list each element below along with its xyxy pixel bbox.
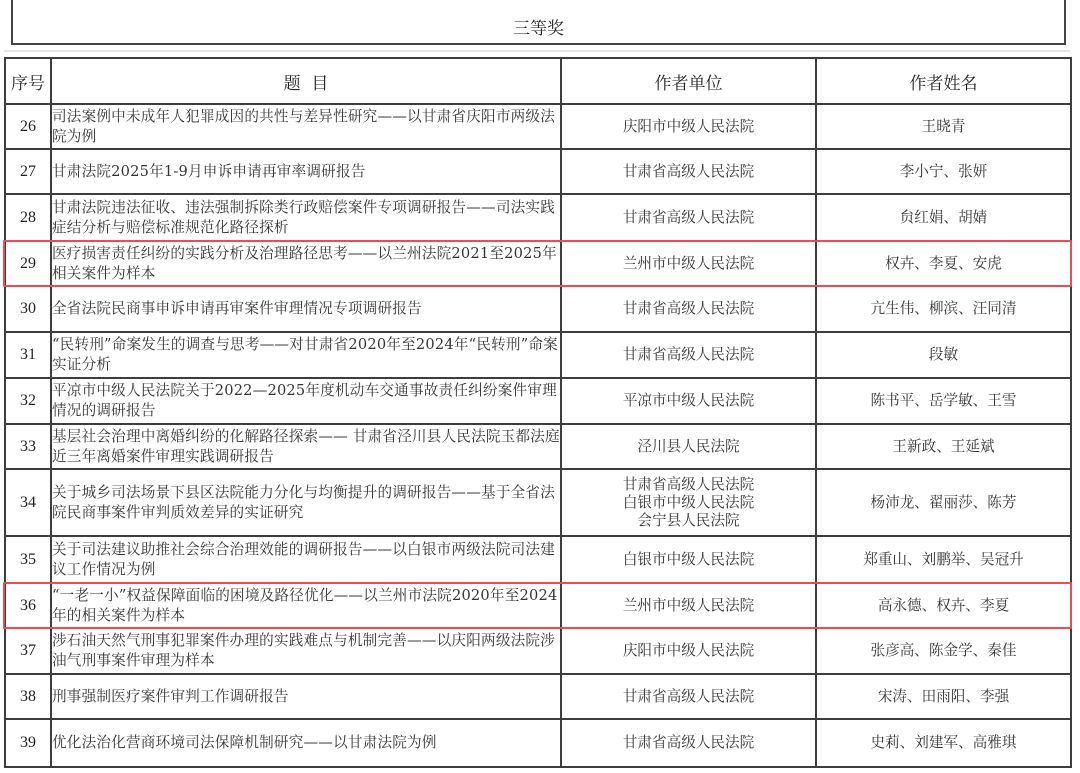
author-unit: 甘肃省高级人民法院	[561, 286, 816, 332]
header-title-text: 题 目	[284, 74, 329, 94]
paper-title: 全省法院民商事申诉申请再审案件审理情况专项调研报告	[51, 286, 561, 332]
unit-name: 兰州市中级人民法院	[562, 597, 815, 615]
author-unit: 兰州市中级人民法院	[561, 241, 816, 286]
row-number: 35	[5, 536, 51, 583]
table-row: 35关于司法建议助推社会综合治理效能的调研报告——以白银市两级法院司法建议工作情…	[5, 536, 1071, 583]
unit-name: 甘肃省高级人民法院	[562, 209, 815, 227]
author-names: 段敏	[816, 332, 1071, 378]
table-row: 27甘肃法院2025年1-9月申诉申请再审率调研报告甘肃省高级人民法院李小宁、张…	[5, 149, 1071, 194]
table-row: 38刑事强制医疗案件审判工作调研报告甘肃省高级人民法院宋涛、田雨阳、李强	[5, 674, 1071, 719]
table-row: 32平凉市中级人民法院关于2022—2025年度机动车交通事故责任纠纷案件审理情…	[5, 378, 1071, 424]
table-row: 30全省法院民商事申诉申请再审案件审理情况专项调研报告甘肃省高级人民法院亢生伟、…	[5, 286, 1071, 332]
paper-title: 优化法治化营商环境司法保障机制研究——以甘肃法院为例	[51, 719, 561, 767]
author-unit: 甘肃省高级人民法院	[561, 674, 816, 719]
table-row: 31“民转刑”命案发生的调查与思考——对甘肃省2020年至2024年“民转刑”命…	[5, 332, 1071, 378]
author-unit: 庆阳市中级人民法院	[561, 628, 816, 674]
paper-title: 医疗损害责任纠纷的实践分析及治理路径思考——以兰州法院2021至2025年相关案…	[51, 241, 561, 286]
unit-name: 甘肃省高级人民法院	[562, 688, 815, 706]
unit-name: 白银市中级人民法院	[562, 551, 815, 569]
header-title: 题 目	[51, 58, 561, 104]
author-names: 王晓青	[816, 104, 1071, 149]
author-unit: 平凉市中级人民法院	[561, 378, 816, 424]
author-unit: 白银市中级人民法院	[561, 536, 816, 583]
author-names: 陈书平、岳学敏、王雪	[816, 378, 1071, 424]
table-row: 39优化法治化营商环境司法保障机制研究——以甘肃法院为例甘肃省高级人民法院史莉、…	[5, 719, 1071, 767]
author-names: 史莉、刘建军、高雅琪	[816, 719, 1071, 767]
row-number: 31	[5, 332, 51, 378]
author-unit: 甘肃省高级人民法院白银市中级人民法院会宁县人民法院	[561, 469, 816, 536]
unit-name: 兰州市中级人民法院	[562, 255, 815, 273]
row-number: 37	[5, 628, 51, 674]
author-unit: 甘肃省高级人民法院	[561, 149, 816, 194]
author-names: 杨沛龙、翟丽莎、陈芳	[816, 469, 1071, 536]
row-number: 34	[5, 469, 51, 536]
unit-name: 庆阳市中级人民法院	[562, 118, 815, 136]
header-unit: 作者单位	[561, 58, 816, 104]
unit-name: 庆阳市中级人民法院	[562, 642, 815, 660]
award-level-header: 三等奖	[11, 0, 1066, 45]
row-number: 29	[5, 241, 51, 286]
row-number: 36	[5, 583, 51, 628]
paper-title: 刑事强制医疗案件审判工作调研报告	[51, 674, 561, 719]
unit-name: 甘肃省高级人民法院	[562, 734, 815, 752]
row-number: 28	[5, 194, 51, 241]
header-authors: 作者姓名	[816, 58, 1071, 104]
author-names: 李小宁、张妍	[816, 149, 1071, 194]
author-names: 贠红娟、胡婧	[816, 194, 1071, 241]
author-unit: 兰州市中级人民法院	[561, 583, 816, 628]
author-names: 王新政、王延斌	[816, 424, 1071, 469]
unit-name: 白银市中级人民法院	[562, 494, 815, 512]
author-unit: 甘肃省高级人民法院	[561, 332, 816, 378]
unit-name: 甘肃省高级人民法院	[562, 476, 815, 494]
row-number: 39	[5, 719, 51, 767]
paper-title: 甘肃法院违法征收、违法强制拆除类行政赔偿案件专项调研报告——司法实践症结分析与赔…	[51, 194, 561, 241]
table-body: 26司法案例中未成年人犯罪成因的共性与差异性研究——以甘肃省庆阳市两级法院为例庆…	[5, 104, 1071, 767]
awards-table: 序号 题 目 作者单位 作者姓名 26司法案例中未成年人犯罪成因的共性与差异性研…	[4, 57, 1072, 768]
row-number: 27	[5, 149, 51, 194]
table-header-row: 序号 题 目 作者单位 作者姓名	[5, 58, 1071, 104]
paper-title: 基层社会治理中离婚纠纷的化解路径探索—— 甘肃省泾川县人民法院玉都法庭近三年离婚…	[51, 424, 561, 469]
author-unit: 甘肃省高级人民法院	[561, 719, 816, 767]
table-row: 37涉石油天然气刑事犯罪案件办理的实践难点与机制完善——以庆阳两级法院涉油气刑事…	[5, 628, 1071, 674]
paper-title: 甘肃法院2025年1-9月申诉申请再审率调研报告	[51, 149, 561, 194]
author-names: 张彦高、陈金学、秦佳	[816, 628, 1071, 674]
paper-title: 司法案例中未成年人犯罪成因的共性与差异性研究——以甘肃省庆阳市两级法院为例	[51, 104, 561, 149]
author-names: 高永德、权卉、李夏	[816, 583, 1071, 628]
author-names: 郑重山、刘鹏举、吴冠升	[816, 536, 1071, 583]
table-row: 34关于城乡司法场景下县区法院能力分化与均衡提升的调研报告——基于全省法院民商事…	[5, 469, 1071, 536]
unit-name: 甘肃省高级人民法院	[562, 346, 815, 364]
row-number: 33	[5, 424, 51, 469]
row-number: 32	[5, 378, 51, 424]
paper-title: “一老一小”权益保障面临的困境及路径优化——以兰州市法院2020年至2024年的…	[51, 583, 561, 628]
paper-title: “民转刑”命案发生的调查与思考——对甘肃省2020年至2024年“民转刑”命案实…	[51, 332, 561, 378]
row-number: 30	[5, 286, 51, 332]
author-names: 亢生伟、柳滨、汪同清	[816, 286, 1071, 332]
paper-title: 关于城乡司法场景下县区法院能力分化与均衡提升的调研报告——基于全省法院民商事案件…	[51, 469, 561, 536]
unit-name: 泾川县人民法院	[562, 438, 815, 456]
table-row: 33基层社会治理中离婚纠纷的化解路径探索—— 甘肃省泾川县人民法院玉都法庭近三年…	[5, 424, 1071, 469]
award-level-title: 三等奖	[13, 14, 1064, 39]
unit-name: 甘肃省高级人民法院	[562, 300, 815, 318]
unit-name: 甘肃省高级人民法院	[562, 163, 815, 181]
author-unit: 甘肃省高级人民法院	[561, 194, 816, 241]
unit-name: 会宁县人民法院	[562, 512, 815, 530]
table-row: 28甘肃法院违法征收、违法强制拆除类行政赔偿案件专项调研报告——司法实践症结分析…	[5, 194, 1071, 241]
header-num: 序号	[5, 58, 51, 104]
table-row: 29医疗损害责任纠纷的实践分析及治理路径思考——以兰州法院2021至2025年相…	[5, 241, 1071, 286]
author-unit: 庆阳市中级人民法院	[561, 104, 816, 149]
author-unit: 泾川县人民法院	[561, 424, 816, 469]
paper-title: 关于司法建议助推社会综合治理效能的调研报告——以白银市两级法院司法建议工作情况为…	[51, 536, 561, 583]
paper-title: 平凉市中级人民法院关于2022—2025年度机动车交通事故责任纠纷案件审理情况的…	[51, 378, 561, 424]
author-names: 权卉、李夏、安虎	[816, 241, 1071, 286]
paper-title: 涉石油天然气刑事犯罪案件办理的实践难点与机制完善——以庆阳两级法院涉油气刑事案件…	[51, 628, 561, 674]
table-row: 26司法案例中未成年人犯罪成因的共性与差异性研究——以甘肃省庆阳市两级法院为例庆…	[5, 104, 1071, 149]
row-number: 26	[5, 104, 51, 149]
table-row: 36“一老一小”权益保障面临的困境及路径优化——以兰州市法院2020年至2024…	[5, 583, 1071, 628]
row-number: 38	[5, 674, 51, 719]
page-separator	[4, 50, 1070, 52]
unit-name: 平凉市中级人民法院	[562, 392, 815, 410]
author-names: 宋涛、田雨阳、李强	[816, 674, 1071, 719]
